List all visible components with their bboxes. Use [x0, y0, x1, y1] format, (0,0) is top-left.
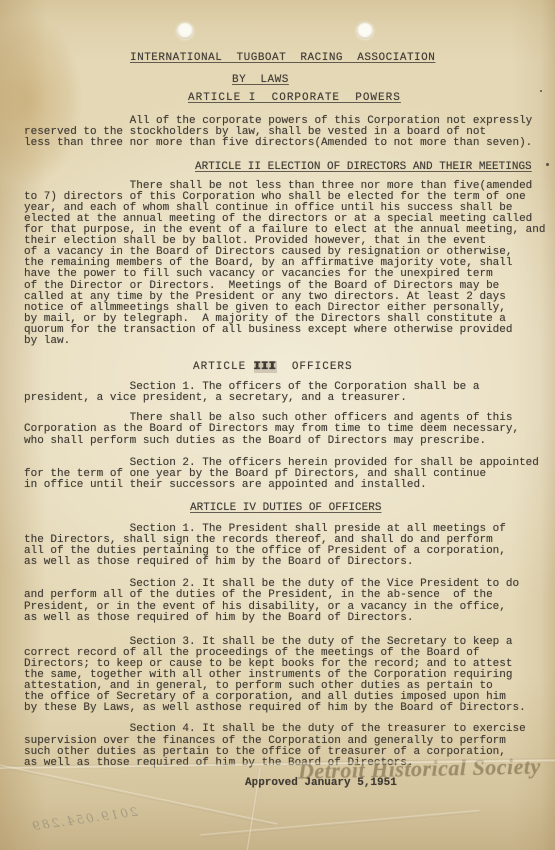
article-3-heading-prefix: ARTICLE	[193, 361, 254, 373]
document-title: INTERNATIONAL TUGBOAT RACING ASSOCIATION	[24, 53, 545, 64]
punch-hole-icon	[357, 23, 373, 39]
article-2-body: There shall be not less than three nor m…	[24, 181, 545, 347]
article-4-section-2: Section 2. It shall be the duty of the V…	[24, 579, 545, 623]
article-1-heading: ARTICLE I CORPORATE POWERS	[24, 93, 545, 104]
article-3-heading-suffix: OFFICERS	[277, 361, 353, 373]
article-2-heading: ARTICLE II ELECTION OF DIRECTORS AND THE…	[24, 162, 545, 173]
pencil-accession-number: 2019.054.289	[30, 805, 139, 834]
article-3-heading: ARTICLE III OFFICERS	[24, 362, 545, 373]
ink-speck	[546, 163, 549, 166]
article-1-body: All of the corporate powers of this Corp…	[24, 116, 545, 149]
article-3-section-2: Section 2. The officers herein provided …	[24, 458, 545, 491]
article-3-paragraph: There shall be also such other officers …	[24, 413, 545, 446]
article-3-section-1: Section 1. The officers of the Corporati…	[24, 382, 545, 404]
punch-hole-icon	[177, 23, 193, 39]
ink-speck	[540, 90, 542, 92]
article-3-heading-overstrike: III	[254, 361, 277, 373]
document-subtitle: BY LAWS	[24, 75, 545, 86]
article-4-section-3: Section 3. It shall be the duty of the S…	[24, 637, 545, 715]
article-4-heading: ARTICLE IV DUTIES OF OFFICERS	[24, 503, 545, 514]
scanned-bylaws-page: INTERNATIONAL TUGBOAT RACING ASSOCIATION…	[0, 0, 555, 850]
paper-crease	[0, 761, 277, 826]
archive-watermark: Detroit Historical Society	[298, 753, 541, 784]
article-4-section-1: Section 1. The President shall preside a…	[24, 524, 545, 568]
paper-crease	[200, 810, 479, 837]
